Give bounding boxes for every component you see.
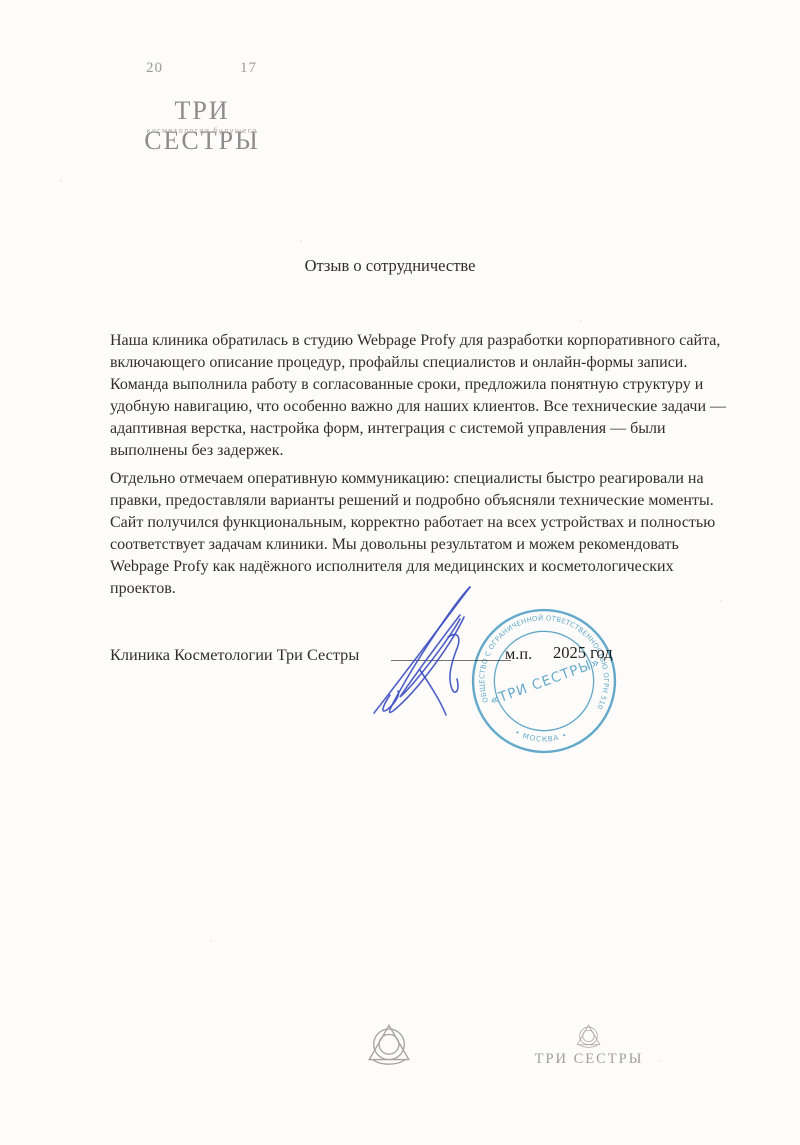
logo-tagline-text: косметология будущего [116, 127, 288, 135]
scan-noise [60, 180, 62, 182]
scanned-letter-page: 20 17 ТРИ СЕСТРЫ косметология будущего О… [0, 0, 800, 1145]
letter-title: Отзыв о сотрудничестве [110, 256, 670, 276]
logo-year-right: 17 [240, 60, 257, 77]
logo-year-left: 20 [146, 60, 163, 77]
footer-brand-text: ТРИ СЕСТРЫ [519, 1051, 659, 1068]
logo-brand-text: ТРИ СЕСТРЫ [116, 96, 288, 156]
footer-three-sisters-icon [132, 1017, 206, 1097]
company-stamp: ОБЩЕСТВО С ОГРАНИЧЕННОЙ ОТВЕТСТВЕННОСТЬЮ… [464, 601, 624, 761]
footer-small-emblem-icon [573, 1022, 604, 1053]
company-name: Клиника Косметологии Три Сестры [110, 645, 359, 665]
footer-ring-emblem-icon [362, 1020, 416, 1074]
letter-paragraph-1: Наша клиника обратилась в студию Webpage… [110, 330, 770, 462]
stamp-center-text: «ТРИ СЕСТРЫ» [488, 654, 603, 709]
